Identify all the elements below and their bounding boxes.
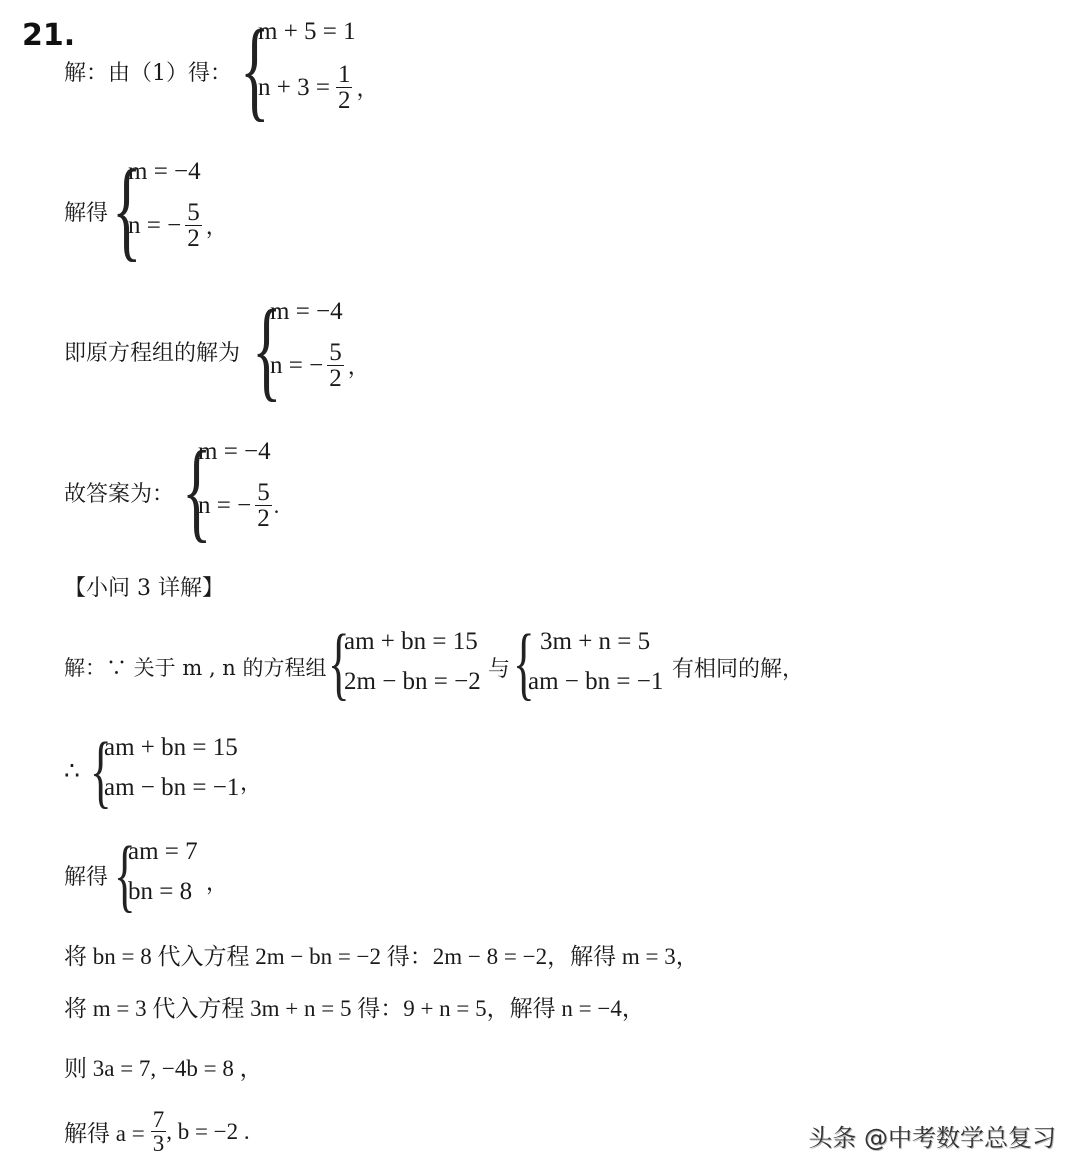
- step7-prefix: 解得: [64, 860, 108, 891]
- step4-eq1: m = −4: [198, 438, 271, 466]
- step6-eq1: am + bn = 15: [104, 734, 238, 762]
- step2-prefix: 解得: [64, 196, 108, 227]
- therefore-symbol: ∴: [64, 756, 80, 786]
- step1-eq2-lhs: n + 3 =: [258, 74, 330, 102]
- step3-eq2: n = − 5 2 ，: [270, 340, 370, 391]
- fraction: 5 2: [185, 200, 202, 251]
- step7-eq1: am = 7: [128, 838, 198, 866]
- step10: 则 3a = 7, −4b = 8 ，: [64, 1050, 263, 1083]
- step1-eq1: m + 5 = 1: [258, 18, 356, 46]
- fraction: 5 2: [255, 480, 272, 531]
- step5-sysB-eq2: am − bn = −1: [528, 668, 663, 696]
- step1-eq2: n + 3 = 1 2 ，: [258, 62, 378, 113]
- step6-eq2: am − bn = −1: [104, 774, 239, 802]
- question-number: 21.: [22, 18, 75, 53]
- step3-eq1: m = −4: [270, 298, 343, 326]
- step5-sysA-eq2: 2m − bn = −2: [344, 668, 481, 696]
- step7-suffix: ，: [206, 866, 228, 897]
- section-heading: 【小问 3 详解】: [64, 571, 224, 602]
- step5-sysA-eq1: am + bn = 15: [344, 628, 478, 656]
- step8: 将 bn = 8 代入方程 2m − bn = −2 得：2m − 8 = −2…: [64, 938, 699, 971]
- watermark: 头条 @中考数学总复习: [808, 1118, 1056, 1153]
- step1-prefix: 解：由（1）得：: [64, 56, 232, 87]
- step5-suffix: 有相同的解，: [672, 652, 804, 683]
- step4-eq2: n = − 5 2 .: [198, 480, 279, 531]
- step6-suffix: ，: [240, 766, 262, 797]
- step4-prefix: 故答案为：: [64, 477, 174, 508]
- step5-prefix: 解：∵ 关于 m , n 的方程组: [64, 652, 327, 682]
- fraction: 5 2: [327, 340, 344, 391]
- step3-prefix: 即原方程组的解为: [64, 336, 240, 367]
- step5-joiner: 与: [488, 652, 510, 683]
- step2-eq2: n = − 5 2 ，: [128, 200, 228, 251]
- step2-eq1: m = −4: [128, 158, 201, 186]
- step7-eq2: bn = 8: [128, 878, 192, 906]
- step5-sysB-eq1: 3m + n = 5: [540, 628, 650, 656]
- step9: 将 m = 3 代入方程 3m + n = 5 得：9 + n = 5，解得 n…: [64, 990, 645, 1023]
- step11: 解得 a = 7 3 , b = −2 .: [64, 1108, 250, 1155]
- fraction: 1 2: [336, 62, 353, 113]
- fraction: 7 3: [151, 1108, 167, 1155]
